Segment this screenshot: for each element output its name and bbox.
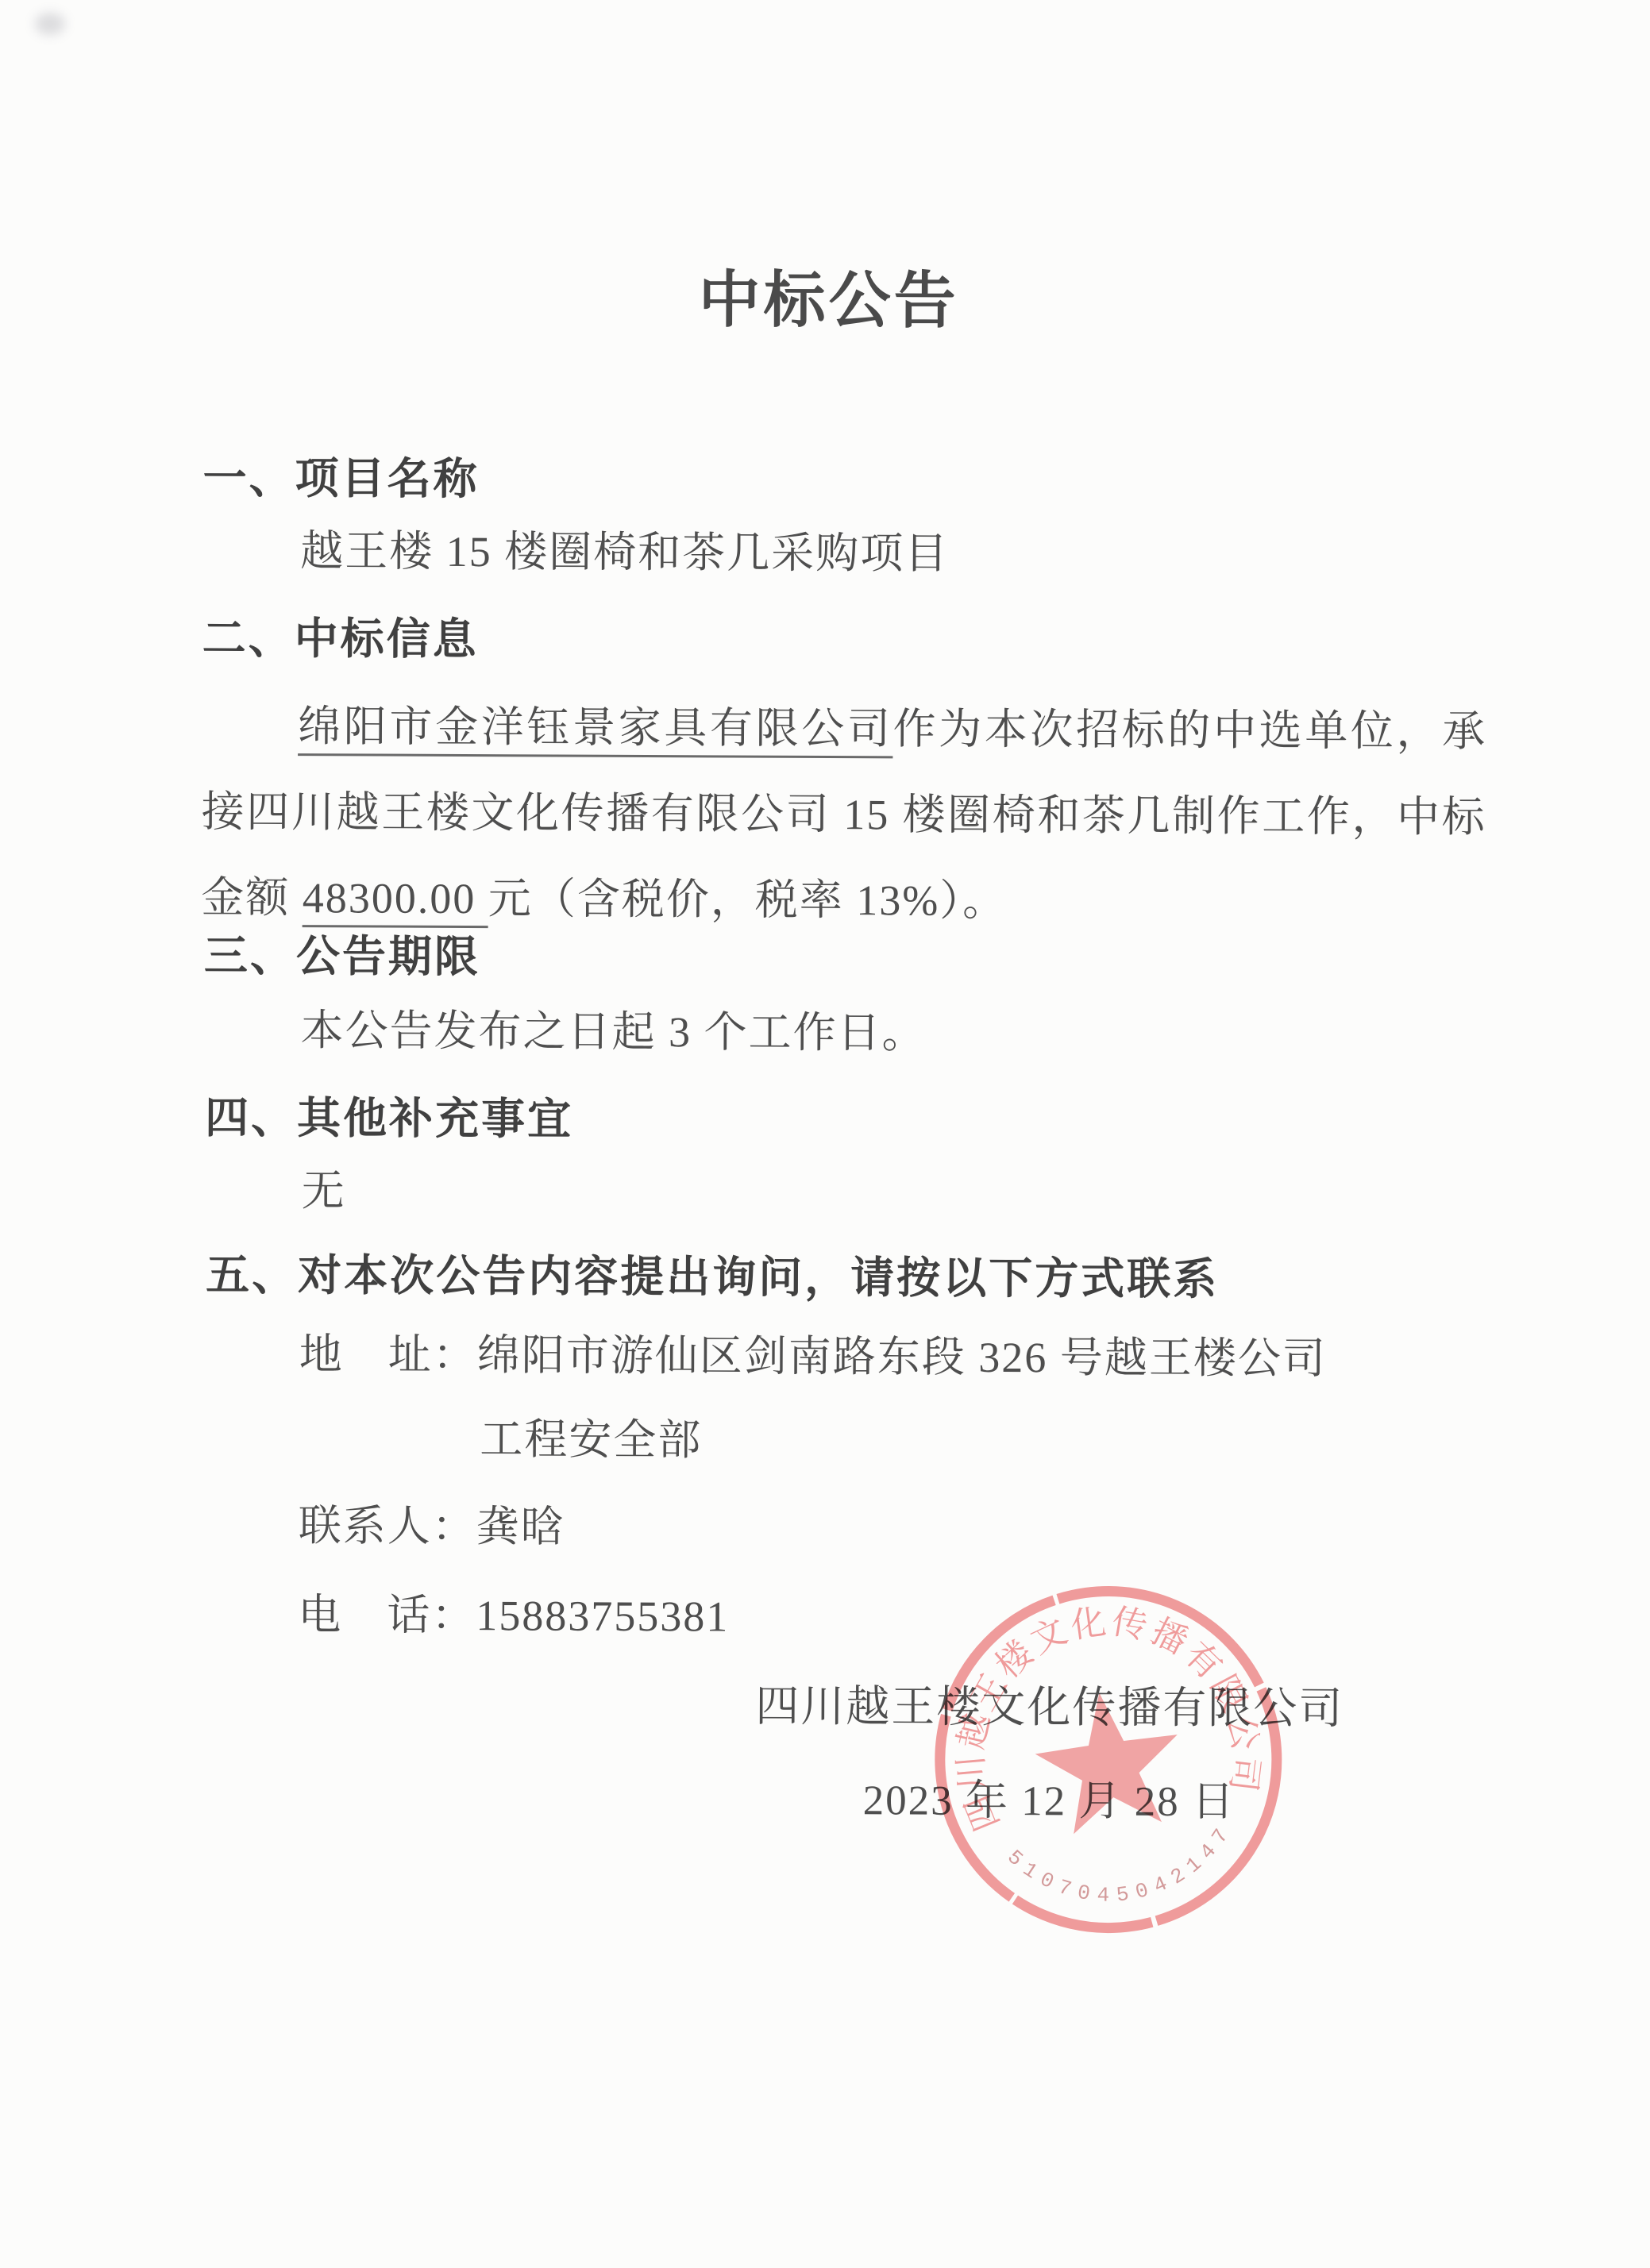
address-line: 地 址：绵阳市游仙区剑南路东段 326 号越王楼公司 [299,1333,1327,1380]
address-line-2: 工程安全部 [480,1418,702,1461]
contact-person-label: 联系人： [299,1502,476,1550]
phone-line: 电 话：15883755381 [298,1593,729,1638]
phone-label: 电 话： [298,1591,476,1639]
page-title: 中标公告 [3,266,1650,335]
document-content: 中标公告 一、项目名称 越王楼 15 楼圈椅和茶几采购项目 二、中标信息 绵阳市… [0,0,1650,2268]
award-amount: 48300.00 [303,874,488,922]
address-label: 地 址： [299,1330,477,1379]
section-1-content: 越王楼 15 楼圈椅和茶几采购项目 [300,529,949,576]
winning-company-name: 绵阳市金洋钰景家具有限公司 [298,703,893,753]
section-3-content: 本公告发布之日起 3 个工作日。 [300,1009,926,1054]
section-4-content: 无 [302,1169,346,1212]
section-5-heading: 五、对本次公告内容提出询问，请按以下方式联系 [206,1253,1219,1302]
section-2-paragraph: 绵阳市金洋钰景家具有限公司作为本次招标的中选单位，承接四川越王楼文化传播有限公司… [201,683,1486,946]
section-3-heading: 三、公告期限 [204,934,480,980]
company-seal-stamp: 四川越王楼文化传播有限公司 5107045042147 [898,1548,1318,1968]
section-2-heading: 二、中标信息 [202,617,479,662]
phone-value: 15883755381 [476,1592,729,1640]
seal-star-icon [1028,1683,1189,1838]
scanned-document-page: 中标公告 一、项目名称 越王楼 15 楼圈椅和茶几采购项目 二、中标信息 绵阳市… [0,0,1650,2268]
section-4-heading: 四、其他补充事宜 [205,1096,573,1142]
address-value: 绵阳市游仙区剑南路东段 326 号越王楼公司 [477,1331,1327,1383]
contact-person-line: 联系人：龚晗 [299,1504,565,1548]
award-text-tail: 元（含税价，税率 13%）。 [488,875,1008,925]
contact-person-value: 龚晗 [476,1503,565,1550]
seal-serial-number: 5107045042147 [1000,1816,1247,1922]
section-1-heading: 一、项目名称 [202,456,479,502]
svg-text:5107045042147: 5107045042147 [1000,1816,1247,1922]
